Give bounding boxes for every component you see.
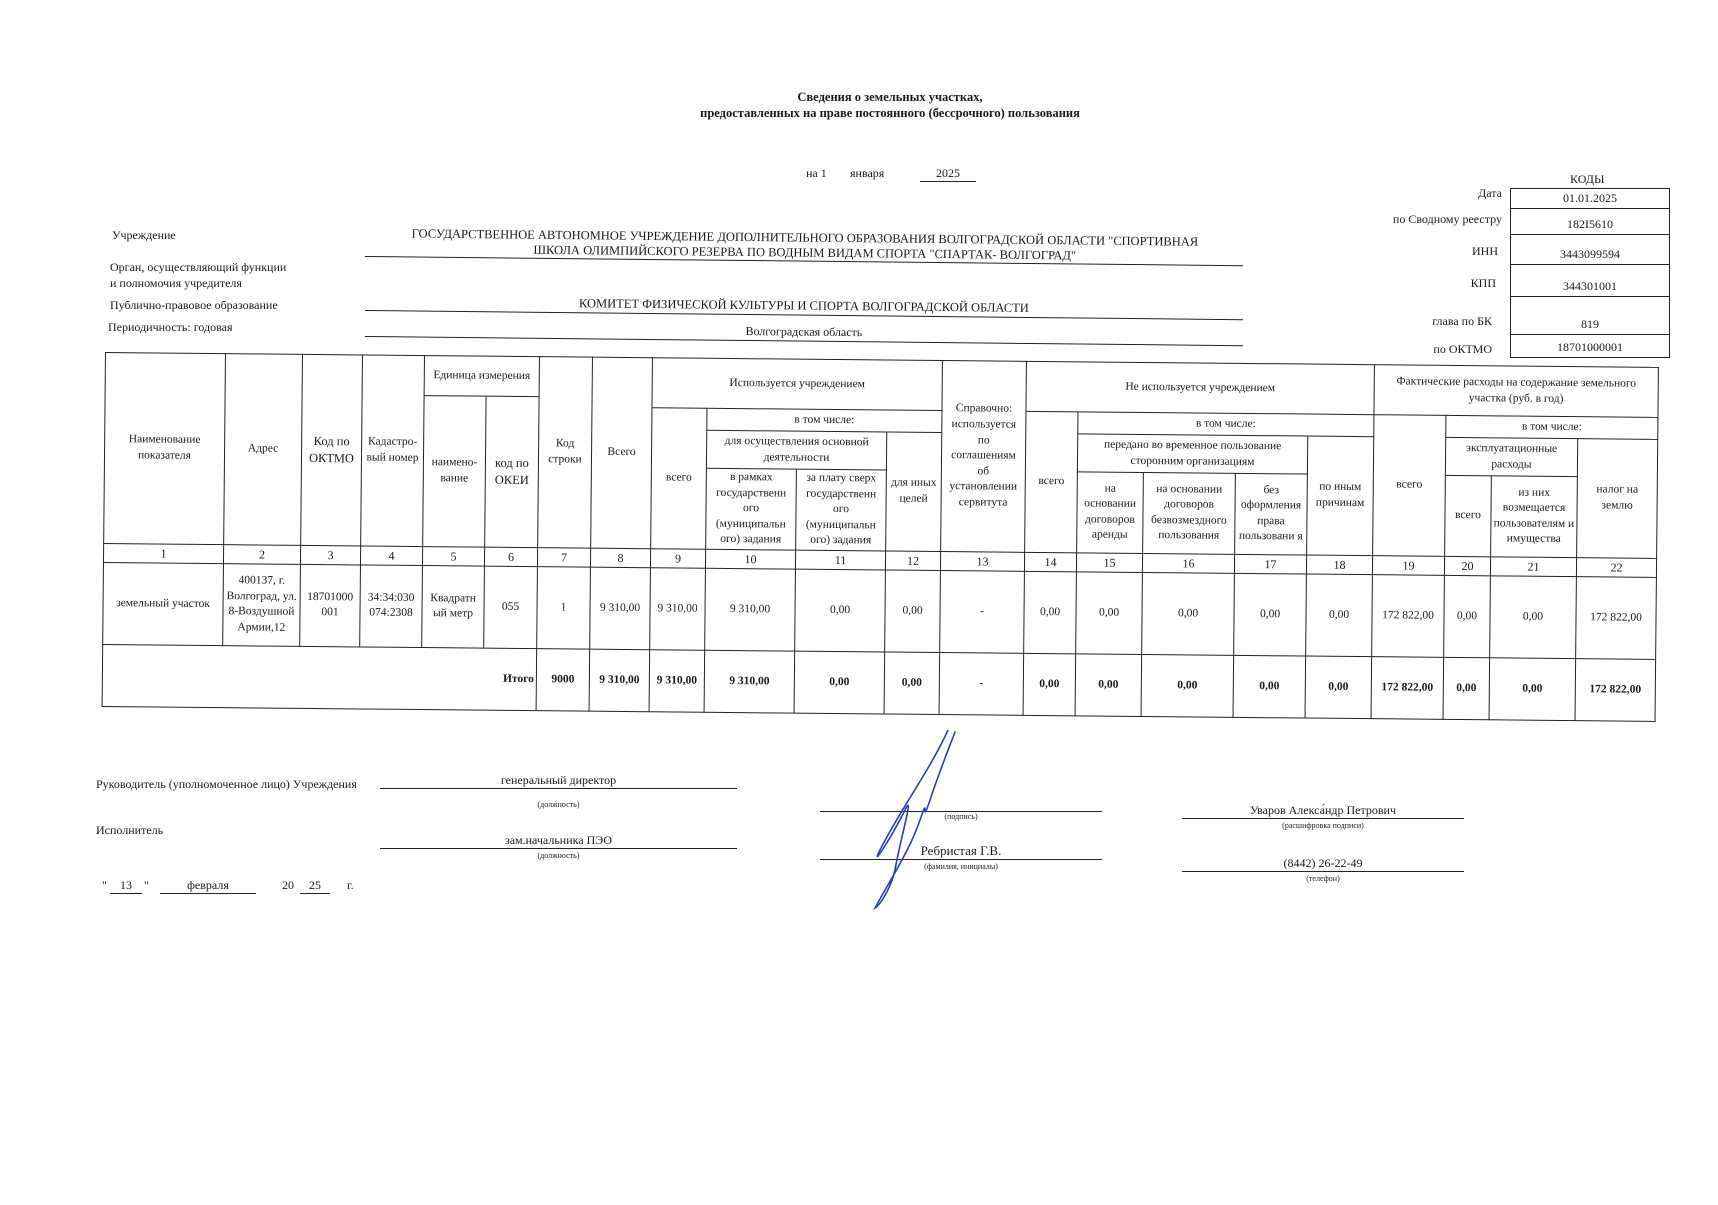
- document-subtitle: предоставленных на праве постоянного (бе…: [0, 106, 1718, 121]
- founder-label-line2: и полномочия учредителя: [110, 276, 242, 291]
- th-op-reimbursed: из них возмещается пользователям и имуще…: [1491, 476, 1578, 557]
- head-position-caption: (должность): [380, 800, 737, 809]
- executor-label: Исполнитель: [96, 823, 163, 838]
- handwritten-signature-icon: [860, 730, 980, 910]
- column-number: 18: [1306, 555, 1372, 575]
- th-temp-transfer: передано во временное пользование сторон…: [1077, 434, 1307, 474]
- codes-heading: КОДЫ: [1570, 172, 1604, 187]
- total-value: 0,00: [1233, 655, 1306, 718]
- column-number: 10: [705, 549, 795, 569]
- cell-value: -: [940, 570, 1025, 653]
- sign-date-suffix: г.: [347, 878, 354, 893]
- column-number: 21: [1490, 556, 1576, 576]
- th-op-total: всего: [1445, 475, 1492, 556]
- column-number: 12: [885, 551, 940, 571]
- sign-date-century: 20: [282, 878, 294, 893]
- public-entity-label: Публично-правовое образование: [110, 298, 278, 313]
- phone-caption: (телефон): [1182, 874, 1464, 883]
- code-oktmo: 18701000001: [1511, 335, 1669, 357]
- total-row-code: 9000: [536, 648, 590, 711]
- column-number: 5: [422, 546, 484, 566]
- report-date-year: 2025: [920, 166, 976, 182]
- codes-box: 01.01.2025 182I5610 3443099594 344301001…: [1510, 188, 1670, 358]
- sign-date-year: 25: [300, 878, 330, 894]
- cell-value: 9 310,00: [705, 568, 796, 651]
- column-number: 1: [103, 543, 223, 563]
- cell-value: 0,00: [1142, 572, 1235, 655]
- th-main-activity: для осуществления основной деятельности: [706, 430, 886, 470]
- code-label-registry: по Сводному реестру: [1302, 212, 1502, 227]
- cell-address: 400137, г. Волгоград, ул. 8-Воздушной Ар…: [223, 563, 301, 646]
- code-inn: 3443099594: [1511, 235, 1669, 265]
- code-label-oktmo: по ОКТМО: [1292, 342, 1492, 357]
- total-value: 9 310,00: [704, 650, 795, 713]
- total-value: 0,00: [1489, 658, 1576, 721]
- sign-date-month: февраля: [160, 878, 256, 894]
- head-name-caption: (расшифровка подписи): [1182, 821, 1464, 830]
- total-value: 0,00: [794, 651, 885, 714]
- th-unit-okei: код по ОКЕИ: [485, 396, 539, 547]
- cell-oktmo: 18701000 001: [300, 564, 361, 647]
- th-free-use: на основании договоров безвозмездного по…: [1143, 472, 1236, 553]
- code-label-bk: глава по БК: [1292, 314, 1492, 329]
- institution-name: ГОСУДАРСТВЕННОЕ АВТОНОМНОЕ УЧРЕЖДЕНИЕ ДО…: [365, 226, 1245, 265]
- total-value: 0,00: [884, 652, 940, 715]
- cell-row-code: 1: [537, 566, 591, 649]
- th-unit-name: наимено-вание: [423, 396, 486, 547]
- cell-value: 0,00: [1490, 576, 1577, 659]
- th-exp-incl: в том числе:: [1446, 415, 1658, 439]
- executor-position-caption: (должность): [380, 851, 737, 860]
- report-date-month: января: [850, 166, 884, 181]
- column-number: 15: [1076, 552, 1142, 572]
- sign-date-day: 13: [110, 878, 142, 894]
- th-operating: эксплуатационные расходы: [1445, 437, 1577, 476]
- cell-value: 0,00: [1444, 575, 1491, 657]
- total-value: 9 310,00: [589, 649, 650, 712]
- column-number: 19: [1372, 555, 1444, 575]
- column-number: 7: [537, 547, 590, 567]
- head-label: Руководитель (уполномоченное лицо) Учреж…: [96, 777, 357, 792]
- cell-value: 0,00: [1024, 571, 1077, 653]
- total-value: 0,00: [1023, 653, 1076, 715]
- th-not-used-incl: в том числе:: [1078, 412, 1374, 437]
- column-number: 9: [650, 548, 705, 568]
- cell-value: 9 310,00: [590, 567, 651, 650]
- th-used: Используется учреждением: [652, 358, 942, 411]
- th-lease: на основании договоров аренды: [1077, 472, 1144, 553]
- total-label: Итого: [102, 644, 537, 710]
- cell-value: 9 310,00: [650, 568, 706, 651]
- executor-phone: (8442) 26-22-49: [1182, 856, 1464, 872]
- th-row-code: Код строки: [538, 357, 593, 548]
- land-plots-table: Наименование показателя Адрес Код по ОКТ…: [102, 352, 1659, 722]
- th-cadastral: Кадастро-вый номер: [361, 355, 425, 546]
- cell-value: 0,00: [795, 569, 886, 652]
- th-not-used-total: всего: [1025, 411, 1078, 552]
- th-land-tax: налог на землю: [1577, 439, 1658, 558]
- th-other-goals: для иных целей: [886, 432, 942, 551]
- institution-label: Учреждение: [112, 228, 176, 243]
- column-number: 11: [795, 550, 885, 570]
- column-number: 22: [1576, 557, 1656, 577]
- column-number: 2: [223, 544, 300, 564]
- executor-position: зам.начальника ПЭО: [380, 833, 737, 849]
- code-label-kpp: КПП: [1296, 276, 1496, 291]
- periodicity-label: Периодичность: годовая: [108, 320, 232, 335]
- cell-value: 172 822,00: [1576, 576, 1657, 659]
- th-oktmo: Код по ОКТМО: [301, 354, 363, 545]
- document-title: Сведения о земельных участках,: [0, 90, 1718, 105]
- cell-unit-name: Квадратн ый метр: [422, 565, 485, 648]
- table-row: земельный участок 400137, г. Волгоград, …: [103, 562, 1657, 659]
- column-number: 8: [590, 548, 650, 568]
- cell-value: 0,00: [1234, 573, 1307, 656]
- total-value: -: [939, 652, 1024, 715]
- total-value: 172 822,00: [1575, 658, 1656, 721]
- sign-date-quote-open: ": [102, 878, 107, 893]
- code-date: 01.01.2025: [1511, 189, 1669, 209]
- total-value: 9 310,00: [649, 650, 705, 713]
- th-address: Адрес: [224, 354, 303, 545]
- cell-value: 0,00: [885, 570, 941, 653]
- th-paid-over: за плату сверх государственн ого (муници…: [796, 469, 887, 550]
- cell-cadastral: 34:34:030 074:2308: [360, 565, 423, 648]
- cell-value: 0,00: [1076, 572, 1143, 655]
- th-not-used: Не используется учреждением: [1026, 361, 1374, 414]
- cell-okei: 055: [484, 566, 538, 649]
- column-number: 17: [1234, 554, 1306, 574]
- th-state-task: в рамках государственн ого (муниципальн …: [706, 468, 797, 549]
- column-number: 16: [1142, 553, 1234, 573]
- th-name: Наименование показателя: [104, 353, 226, 545]
- th-total: Всего: [591, 357, 653, 548]
- cell-name: земельный участок: [103, 562, 224, 645]
- total-value: 0,00: [1443, 657, 1490, 719]
- total-value: 0,00: [1141, 654, 1234, 717]
- code-bk: 819: [1511, 297, 1669, 335]
- head-name: Уваров Алекса́ндр Петрович: [1182, 803, 1464, 819]
- cell-value: 172 822,00: [1372, 574, 1445, 657]
- head-position: генеральный директор: [380, 773, 737, 789]
- column-number: 14: [1024, 552, 1076, 572]
- founder-label-line1: Орган, осуществляющий функции: [110, 260, 286, 275]
- code-registry: 182I5610: [1511, 209, 1669, 235]
- th-other-reasons: по иным причинам: [1307, 436, 1374, 555]
- th-used-incl: в том числе:: [707, 408, 942, 432]
- column-number: 3: [300, 545, 360, 565]
- th-used-total: всего: [651, 408, 707, 549]
- th-expenses: Фактические расходы на содержание земель…: [1374, 365, 1658, 418]
- code-kpp: 344301001: [1511, 265, 1669, 297]
- total-value: 0,00: [1305, 656, 1372, 719]
- column-number: 6: [484, 547, 537, 567]
- code-label-date: Дата: [1302, 186, 1502, 201]
- column-number: 20: [1444, 556, 1490, 576]
- column-number: 4: [360, 546, 422, 566]
- th-exp-total: всего: [1373, 415, 1446, 556]
- th-unit: Единица измерения: [424, 356, 539, 397]
- report-date-prefix: на 1: [806, 166, 827, 181]
- column-number: 13: [940, 551, 1024, 571]
- total-value: 172 822,00: [1371, 656, 1444, 719]
- total-value: 0,00: [1075, 654, 1142, 717]
- cell-value: 0,00: [1306, 574, 1373, 657]
- sign-date-quote-close: ": [144, 878, 149, 893]
- th-servitude: Справочно: используется по соглашениям о…: [941, 361, 1027, 552]
- th-no-rights: без оформления права пользовани я: [1235, 473, 1308, 554]
- code-label-inn: ИНН: [1298, 244, 1498, 259]
